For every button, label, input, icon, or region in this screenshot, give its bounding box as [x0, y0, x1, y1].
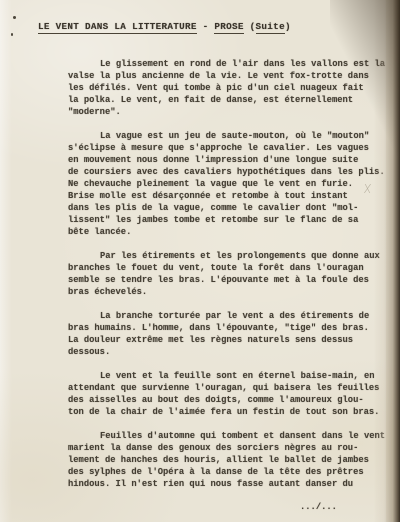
paragraph: Le glissement en rond de l'air dans les …: [68, 58, 394, 118]
ink-mark: [11, 33, 13, 36]
title-separator: -: [197, 21, 215, 32]
page-content: LE VENT DANS LA LITTERATURE - PROSE (Sui…: [0, 21, 400, 513]
title-paren-open: (: [244, 21, 256, 32]
scanned-document-page: LE VENT DANS LA LITTERATURE - PROSE (Sui…: [0, 0, 400, 522]
paragraph: La vague est un jeu de saute-mouton, où …: [68, 130, 394, 238]
ink-mark: [13, 16, 16, 19]
title-suite: Suite: [256, 21, 285, 34]
paragraph-block: Le glissement en rond de l'air dans les …: [68, 58, 394, 513]
page-title: LE VENT DANS LA LITTERATURE - PROSE (Sui…: [38, 21, 400, 32]
continuation-mark: .../...: [300, 501, 394, 513]
title-main: LE VENT DANS LA LITTERATURE: [38, 21, 197, 34]
paragraph: Feuilles d'automne qui tombent et dansen…: [68, 430, 394, 490]
title-paren-close: ): [285, 21, 291, 32]
paragraph: Le vent et la feuille sont en éternel ba…: [68, 370, 394, 418]
crease-mark: [362, 184, 373, 193]
title-section: PROSE: [214, 21, 243, 34]
paragraph: Par les étirements et les prolongements …: [68, 250, 394, 298]
paragraph: La branche torturée par le vent a des ét…: [68, 310, 394, 358]
